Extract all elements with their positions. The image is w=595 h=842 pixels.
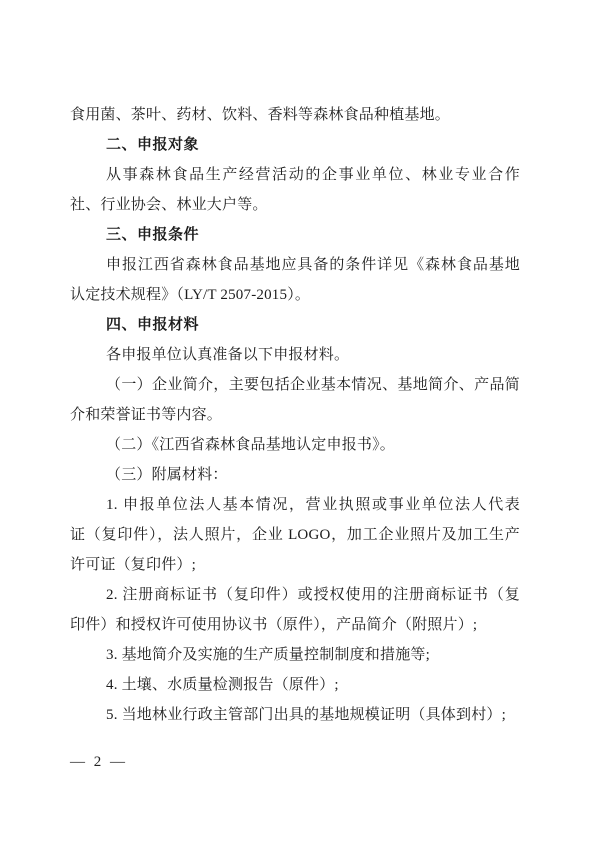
body-line: 印件）和授权许可使用协议书（原件），产品简介（附照片）; <box>70 610 520 640</box>
body-line: （三）附属材料： <box>70 460 520 490</box>
body-line: 1. 申报单位法人基本情况，营业执照或事业单位法人代表 <box>70 490 520 520</box>
body-line: 5. 当地林业行政主管部门出具的基地规模证明（具体到村）; <box>70 700 520 730</box>
body-line: 3. 基地简介及实施的生产质量控制制度和措施等; <box>70 640 520 670</box>
page-number: — 2 — <box>70 750 128 774</box>
body-line: 社、行业协会、林业大户等。 <box>70 190 520 220</box>
body-line: 介和荣誉证书等内容。 <box>70 400 520 430</box>
body-line: 4. 土壤、水质量检测报告（原件）; <box>70 670 520 700</box>
section-heading-application-materials: 四、申报材料 <box>70 310 520 340</box>
body-line: 食用菌、茶叶、药材、饮料、香料等森林食品种植基地。 <box>70 100 520 130</box>
section-heading-application-targets: 二、申报对象 <box>70 130 520 160</box>
body-line: （二）《江西省森林食品基地认定申报书》。 <box>70 430 520 460</box>
body-line: 各申报单位认真准备以下申报材料。 <box>70 340 520 370</box>
body-line: （一）企业简介，主要包括企业基本情况、基地简介、产品简 <box>70 370 520 400</box>
body-line: 认定技术规程》（LY/T 2507-2015）。 <box>70 280 520 310</box>
section-heading-application-conditions: 三、申报条件 <box>70 220 520 250</box>
body-line: 2. 注册商标证书（复印件）或授权使用的注册商标证书（复 <box>70 580 520 610</box>
body-line: 证（复印件），法人照片，企业 LOGO，加工企业照片及加工生产 <box>70 520 520 550</box>
body-line: 许可证（复印件）; <box>70 550 520 580</box>
document-body: 食用菌、茶叶、药材、饮料、香料等森林食品种植基地。 二、申报对象 从事森林食品生… <box>70 100 520 730</box>
body-line: 申报江西省森林食品基地应具备的条件详见《森林食品基地 <box>70 250 520 280</box>
document-page: 食用菌、茶叶、药材、饮料、香料等森林食品种植基地。 二、申报对象 从事森林食品生… <box>0 0 595 842</box>
body-line: 从事森林食品生产经营活动的企事业单位、林业专业合作 <box>70 160 520 190</box>
